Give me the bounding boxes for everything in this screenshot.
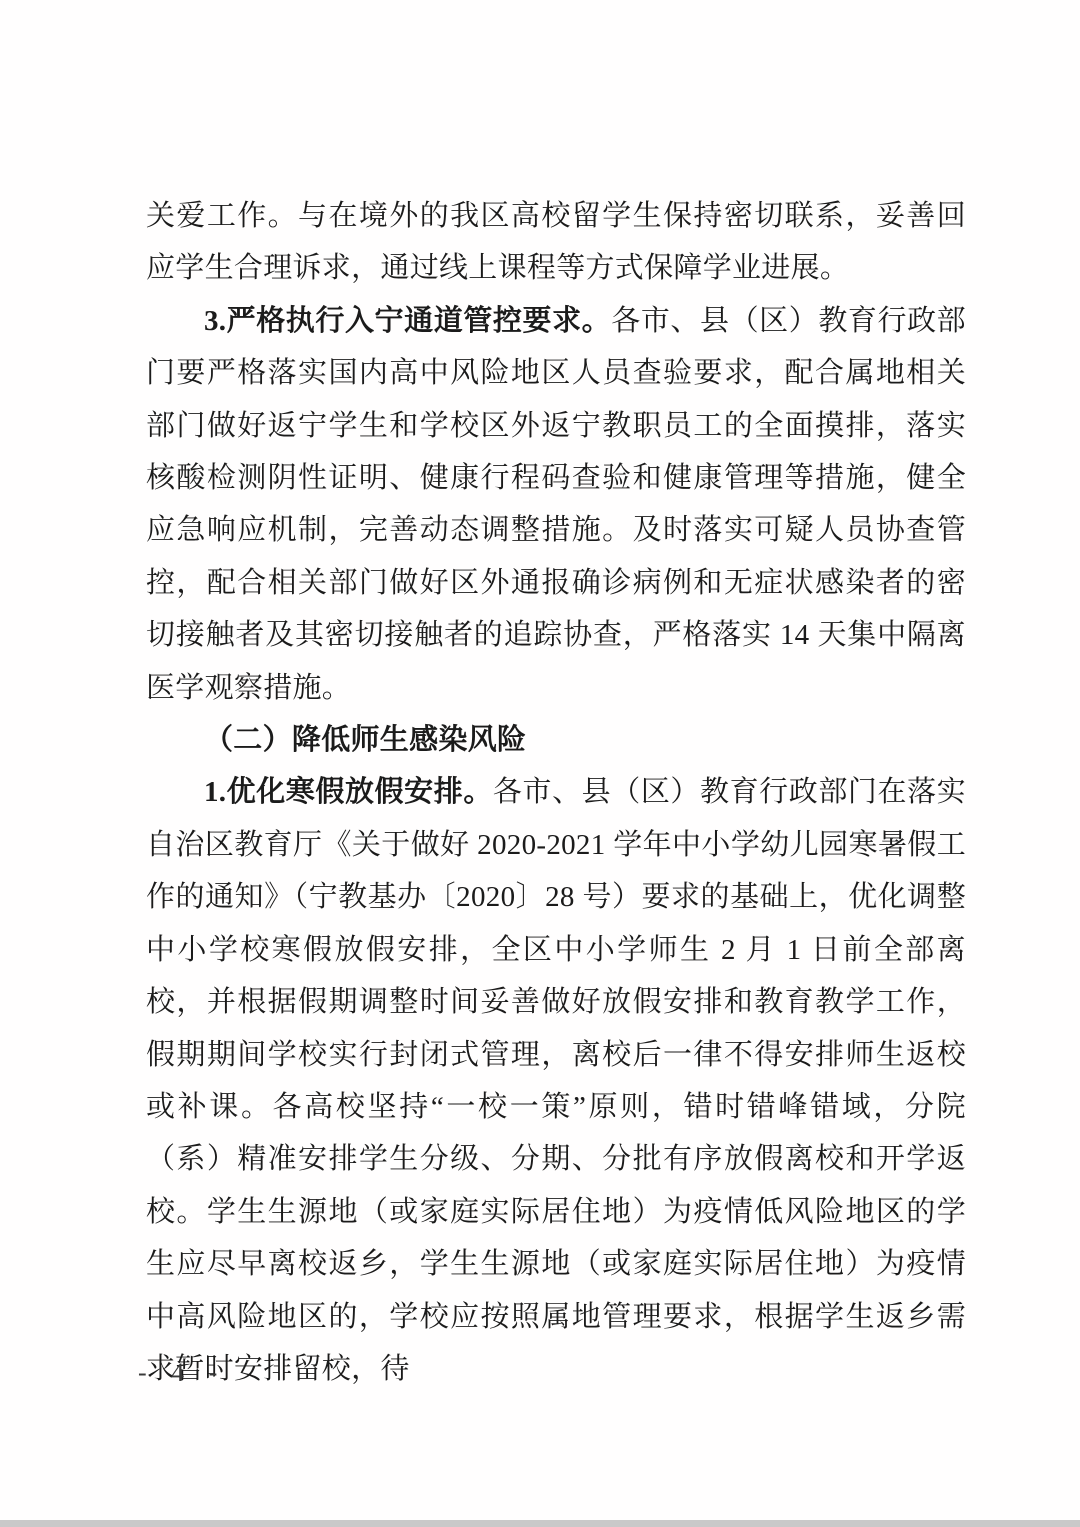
paragraph-continuation: 关爱工作。与在境外的我区高校留学生保持密切联系，妥善回应学生合理诉求，通过线上课… (146, 190, 966, 295)
paragraph-item-1-body: 各市、县（区）教育行政部门在落实自治区教育厅《关于做好 2020-2021 学年… (146, 776, 966, 1384)
paragraph-item-3-body: 各市、县（区）教育行政部门要严格落实国内高中风险地区人员查验要求，配合属地相关部… (146, 305, 966, 704)
paragraph-item-1-lead: 1.优化寒假放假安排。 (204, 776, 493, 808)
page-number: - 4 - (138, 1358, 226, 1388)
bottom-edge-bar (0, 1520, 1080, 1527)
document-body: 关爱工作。与在境外的我区高校留学生保持密切联系，妥善回应学生合理诉求，通过线上课… (146, 190, 966, 1395)
section-heading: （二）降低师生感染风险 (146, 714, 966, 766)
paragraph-item-1: 1.优化寒假放假安排。各市、县（区）教育行政部门在落实自治区教育厅《关于做好 2… (146, 766, 966, 1395)
paragraph-item-3-lead: 3.严格执行入宁通道管控要求。 (204, 305, 611, 337)
document-page: 关爱工作。与在境外的我区高校留学生保持密切联系，妥善回应学生合理诉求，通过线上课… (0, 0, 1080, 1527)
paragraph-item-3: 3.严格执行入宁通道管控要求。各市、县（区）教育行政部门要严格落实国内高中风险地… (146, 295, 966, 714)
